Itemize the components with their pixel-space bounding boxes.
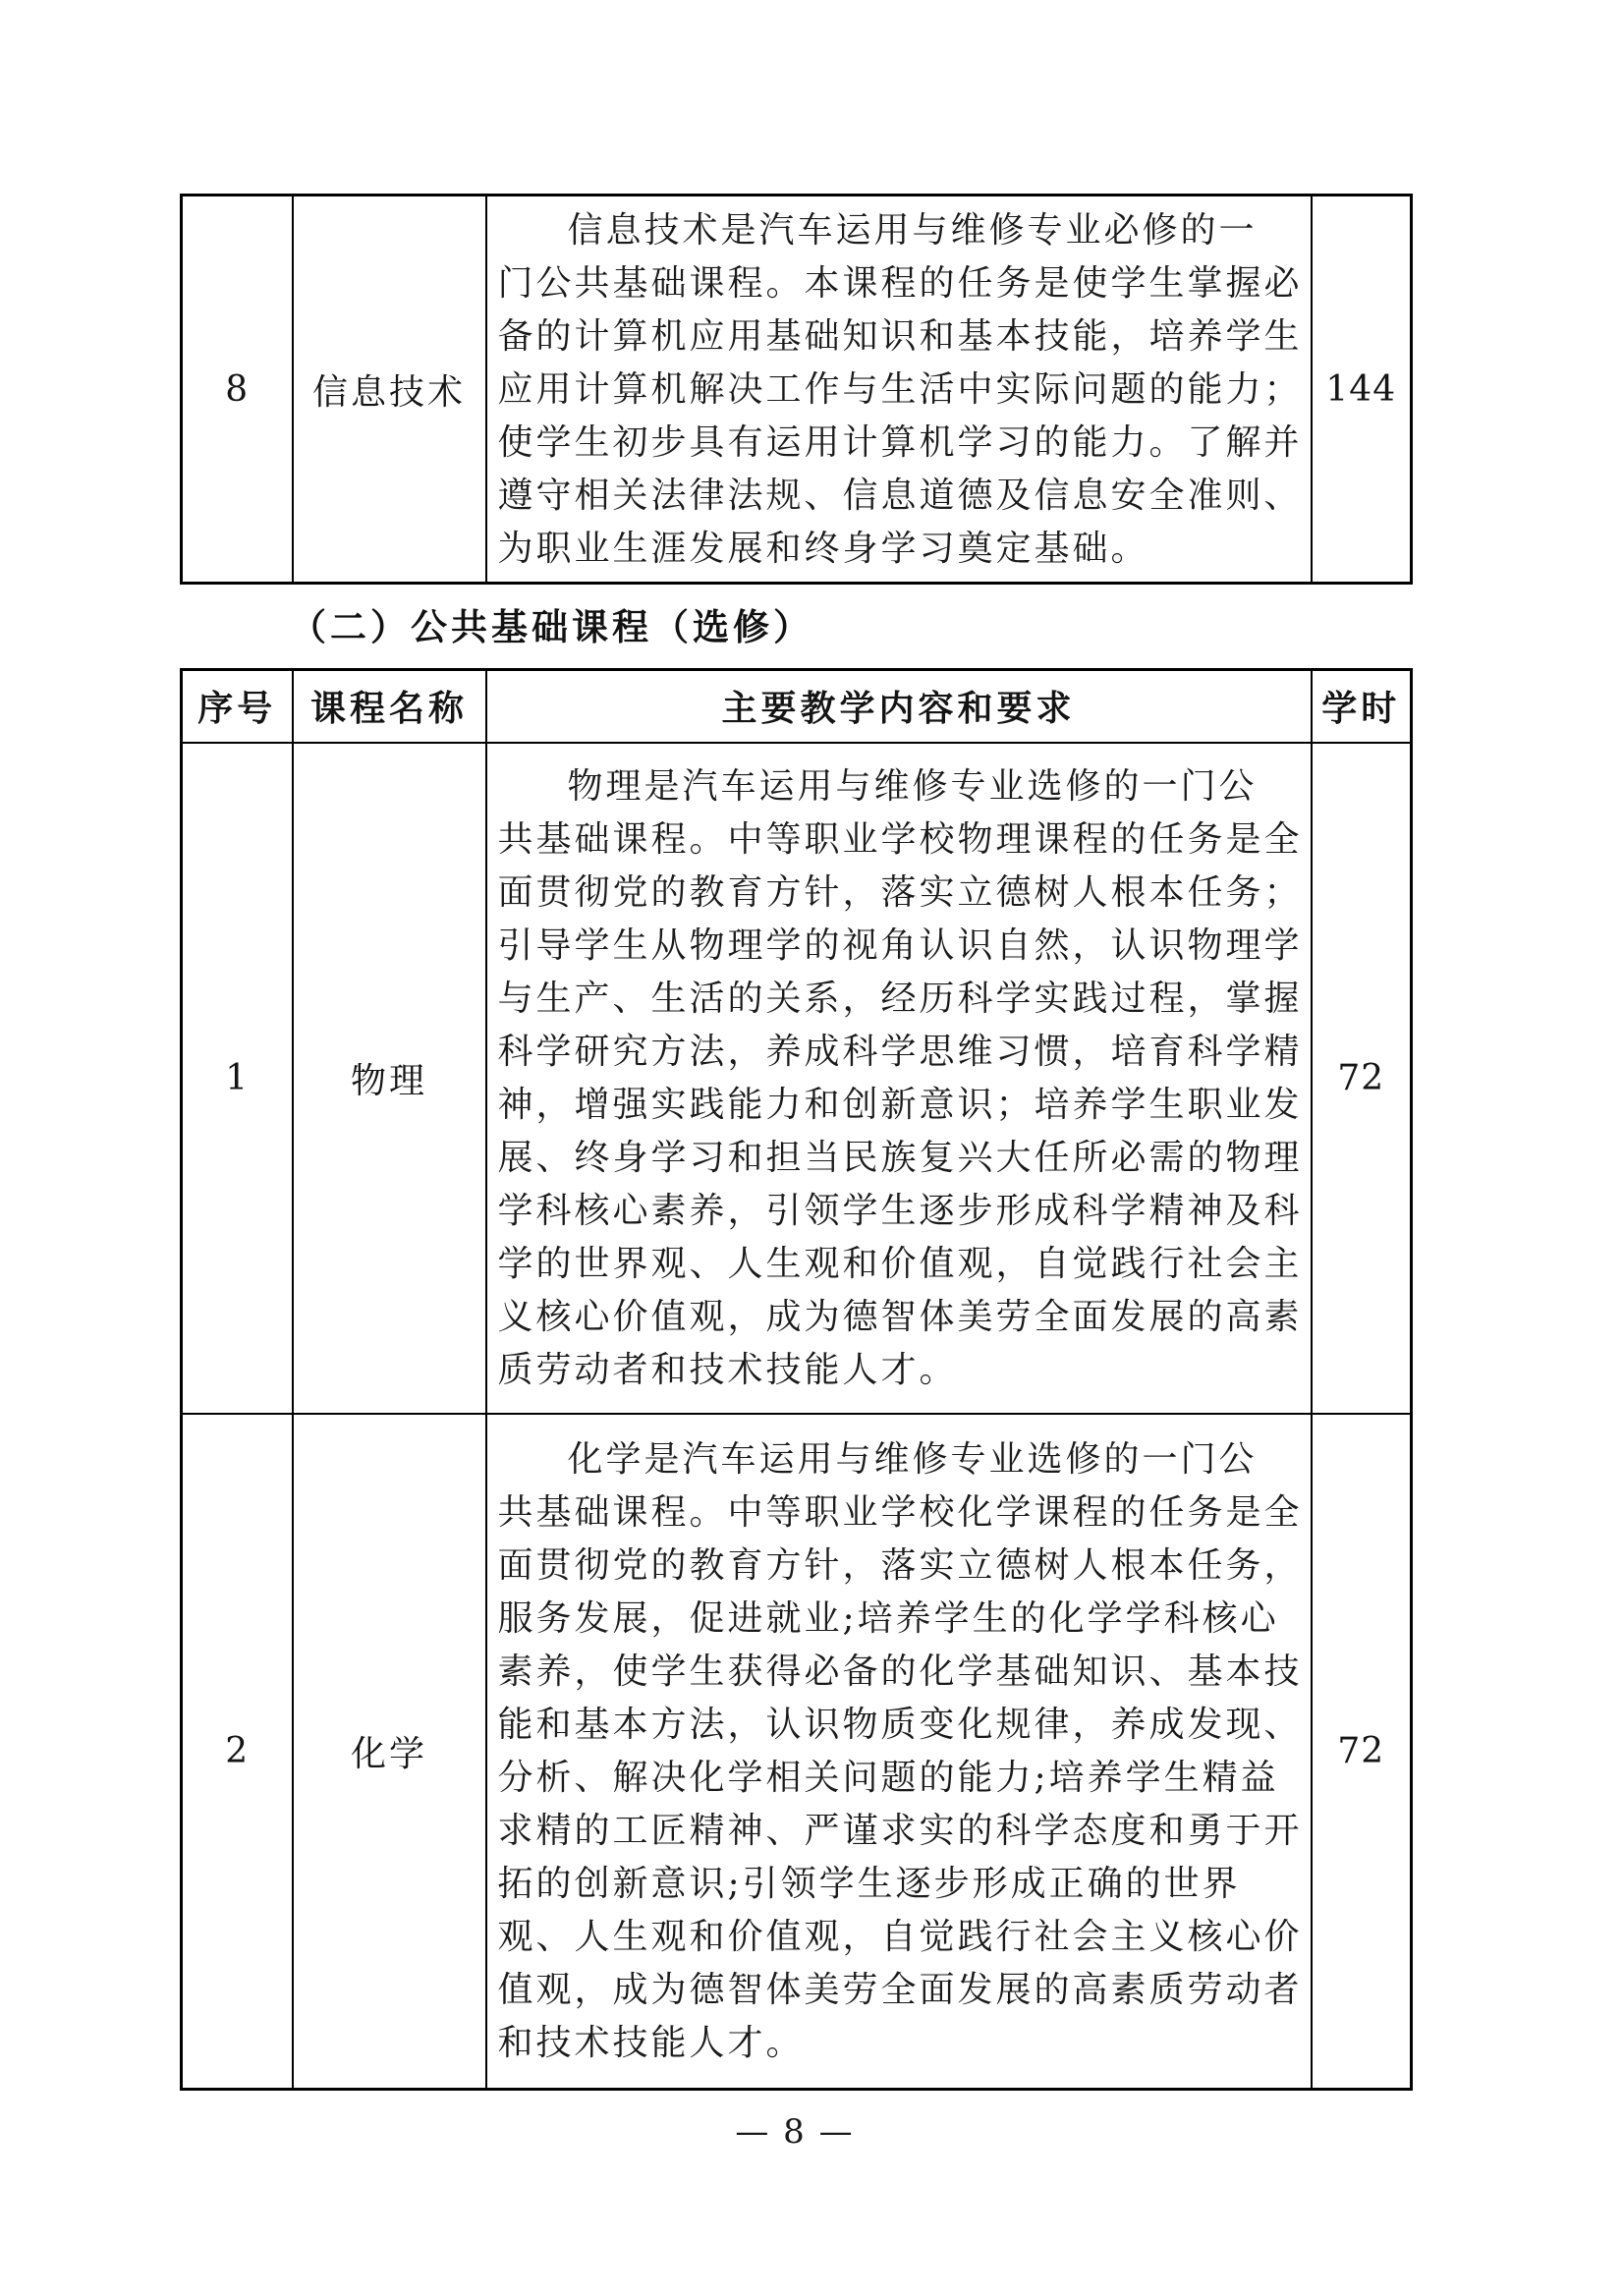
course-name: 信息技术 [293, 196, 486, 584]
course-no: 8 [182, 196, 293, 584]
header-no: 序号 [182, 670, 293, 743]
elective-courses-table: 序号 课程名称 主要教学内容和要求 学时 1 物理 物理是汽车运用与维修专业选修… [180, 668, 1413, 2091]
table-row: 1 物理 物理是汽车运用与维修专业选修的一门公共基础课程。中等职业学校物理课程的… [182, 743, 1412, 1414]
header-course-name: 课程名称 [293, 670, 486, 743]
course-description: 物理是汽车运用与维修专业选修的一门公共基础课程。中等职业学校物理课程的任务是全面… [498, 760, 1301, 1397]
table-row: 2 化学 化学是汽车运用与维修专业选修的一门公共基础课程。中等职业学校化学课程的… [182, 1414, 1412, 2090]
table-header-row: 序号 课程名称 主要教学内容和要求 学时 [182, 670, 1412, 743]
header-content: 主要教学内容和要求 [486, 670, 1312, 743]
course-hours: 144 [1312, 196, 1412, 584]
course-no: 1 [182, 743, 293, 1414]
course-description: 化学是汽车运用与维修专业选修的一门公共基础课程。中等职业学校化学课程的任务是全面… [498, 1433, 1301, 2070]
document-page: 8 信息技术 信息技术是汽车运用与维修专业必修的一门公共基础课程。本课程的任务是… [180, 194, 1410, 2152]
course-hours: 72 [1312, 1414, 1412, 2090]
course-description: 信息技术是汽车运用与维修专业必修的一门公共基础课程。本课程的任务是使学生掌握必备… [498, 204, 1301, 576]
page-number: — 8 — [180, 2112, 1410, 2152]
course-description-cell: 物理是汽车运用与维修专业选修的一门公共基础课程。中等职业学校物理课程的任务是全面… [486, 743, 1312, 1414]
course-name: 物理 [293, 743, 486, 1414]
course-no: 2 [182, 1414, 293, 2090]
section-heading: （二）公共基础课程（选修） [180, 585, 1410, 668]
course-name: 化学 [293, 1414, 486, 2090]
course-description-cell: 化学是汽车运用与维修专业选修的一门公共基础课程。中等职业学校化学课程的任务是全面… [486, 1414, 1312, 2090]
course-hours: 72 [1312, 743, 1412, 1414]
compulsory-courses-table-continued: 8 信息技术 信息技术是汽车运用与维修专业必修的一门公共基础课程。本课程的任务是… [180, 194, 1413, 585]
course-description-cell: 信息技术是汽车运用与维修专业必修的一门公共基础课程。本课程的任务是使学生掌握必备… [486, 196, 1312, 584]
table-row: 8 信息技术 信息技术是汽车运用与维修专业必修的一门公共基础课程。本课程的任务是… [182, 196, 1412, 584]
header-hours: 学时 [1312, 670, 1412, 743]
